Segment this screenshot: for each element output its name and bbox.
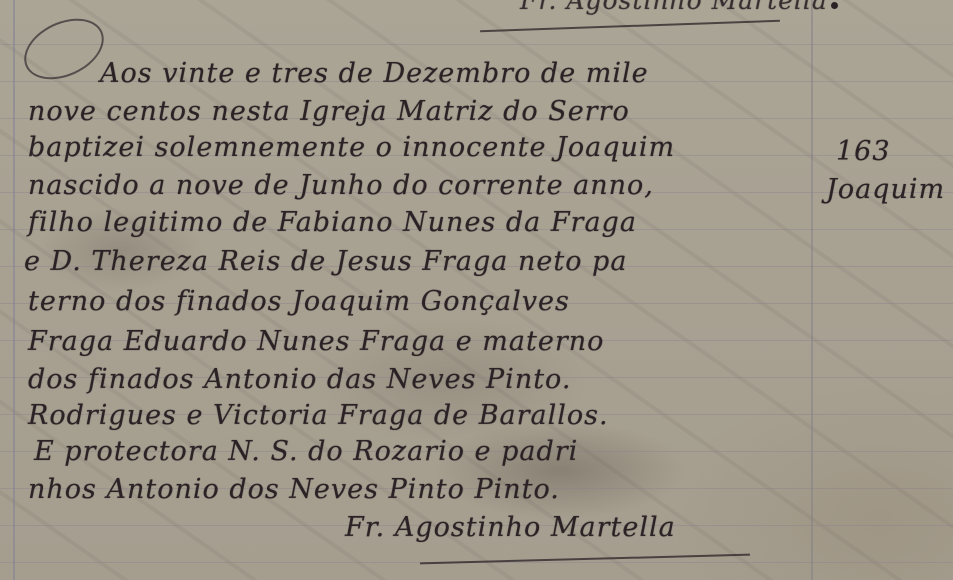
record-line-4: nascido a nove de Junho do corrente anno… <box>28 170 654 201</box>
record-line-10: Rodrigues e Victoria Fraga de Barallos. <box>28 400 609 431</box>
left-margin-rule <box>13 0 15 580</box>
record-line-11: E protectora N. S. do Rozario e padri <box>34 436 578 467</box>
record-line-7: terno dos finados Joaquim Gonçalves <box>28 286 570 317</box>
record-line-9: dos finados Antonio das Neves Pinto. <box>28 364 571 395</box>
entry-number: 163 <box>836 136 891 167</box>
header-partial-text: Fr. Agostinho Martella <box>520 0 828 15</box>
right-column-rule <box>811 0 813 580</box>
margin-name: Joaquim <box>826 174 945 205</box>
record-line-2: nove centos nesta Igreja Matriz do Serro <box>28 96 630 127</box>
ink-dot <box>831 2 838 9</box>
record-line-3: baptizei solemnemente o innocente Joaqui… <box>28 132 675 163</box>
record-line-8: Fraga Eduardo Nunes Fraga e materno <box>28 326 604 357</box>
record-line-5: filho legitimo de Fabiano Nunes da Fraga <box>28 207 637 238</box>
document-page: Fr. Agostinho Martella Aos vinte e tres … <box>0 0 953 580</box>
record-line-6: e D. Thereza Reis de Jesus Fraga neto pa <box>24 246 627 277</box>
record-line-12: nhos Antonio dos Neves Pinto Pinto. <box>28 474 560 505</box>
record-line-1: Aos vinte e tres de Dezembro de mile <box>100 58 649 89</box>
signature: Fr. Agostinho Martella <box>345 512 676 543</box>
